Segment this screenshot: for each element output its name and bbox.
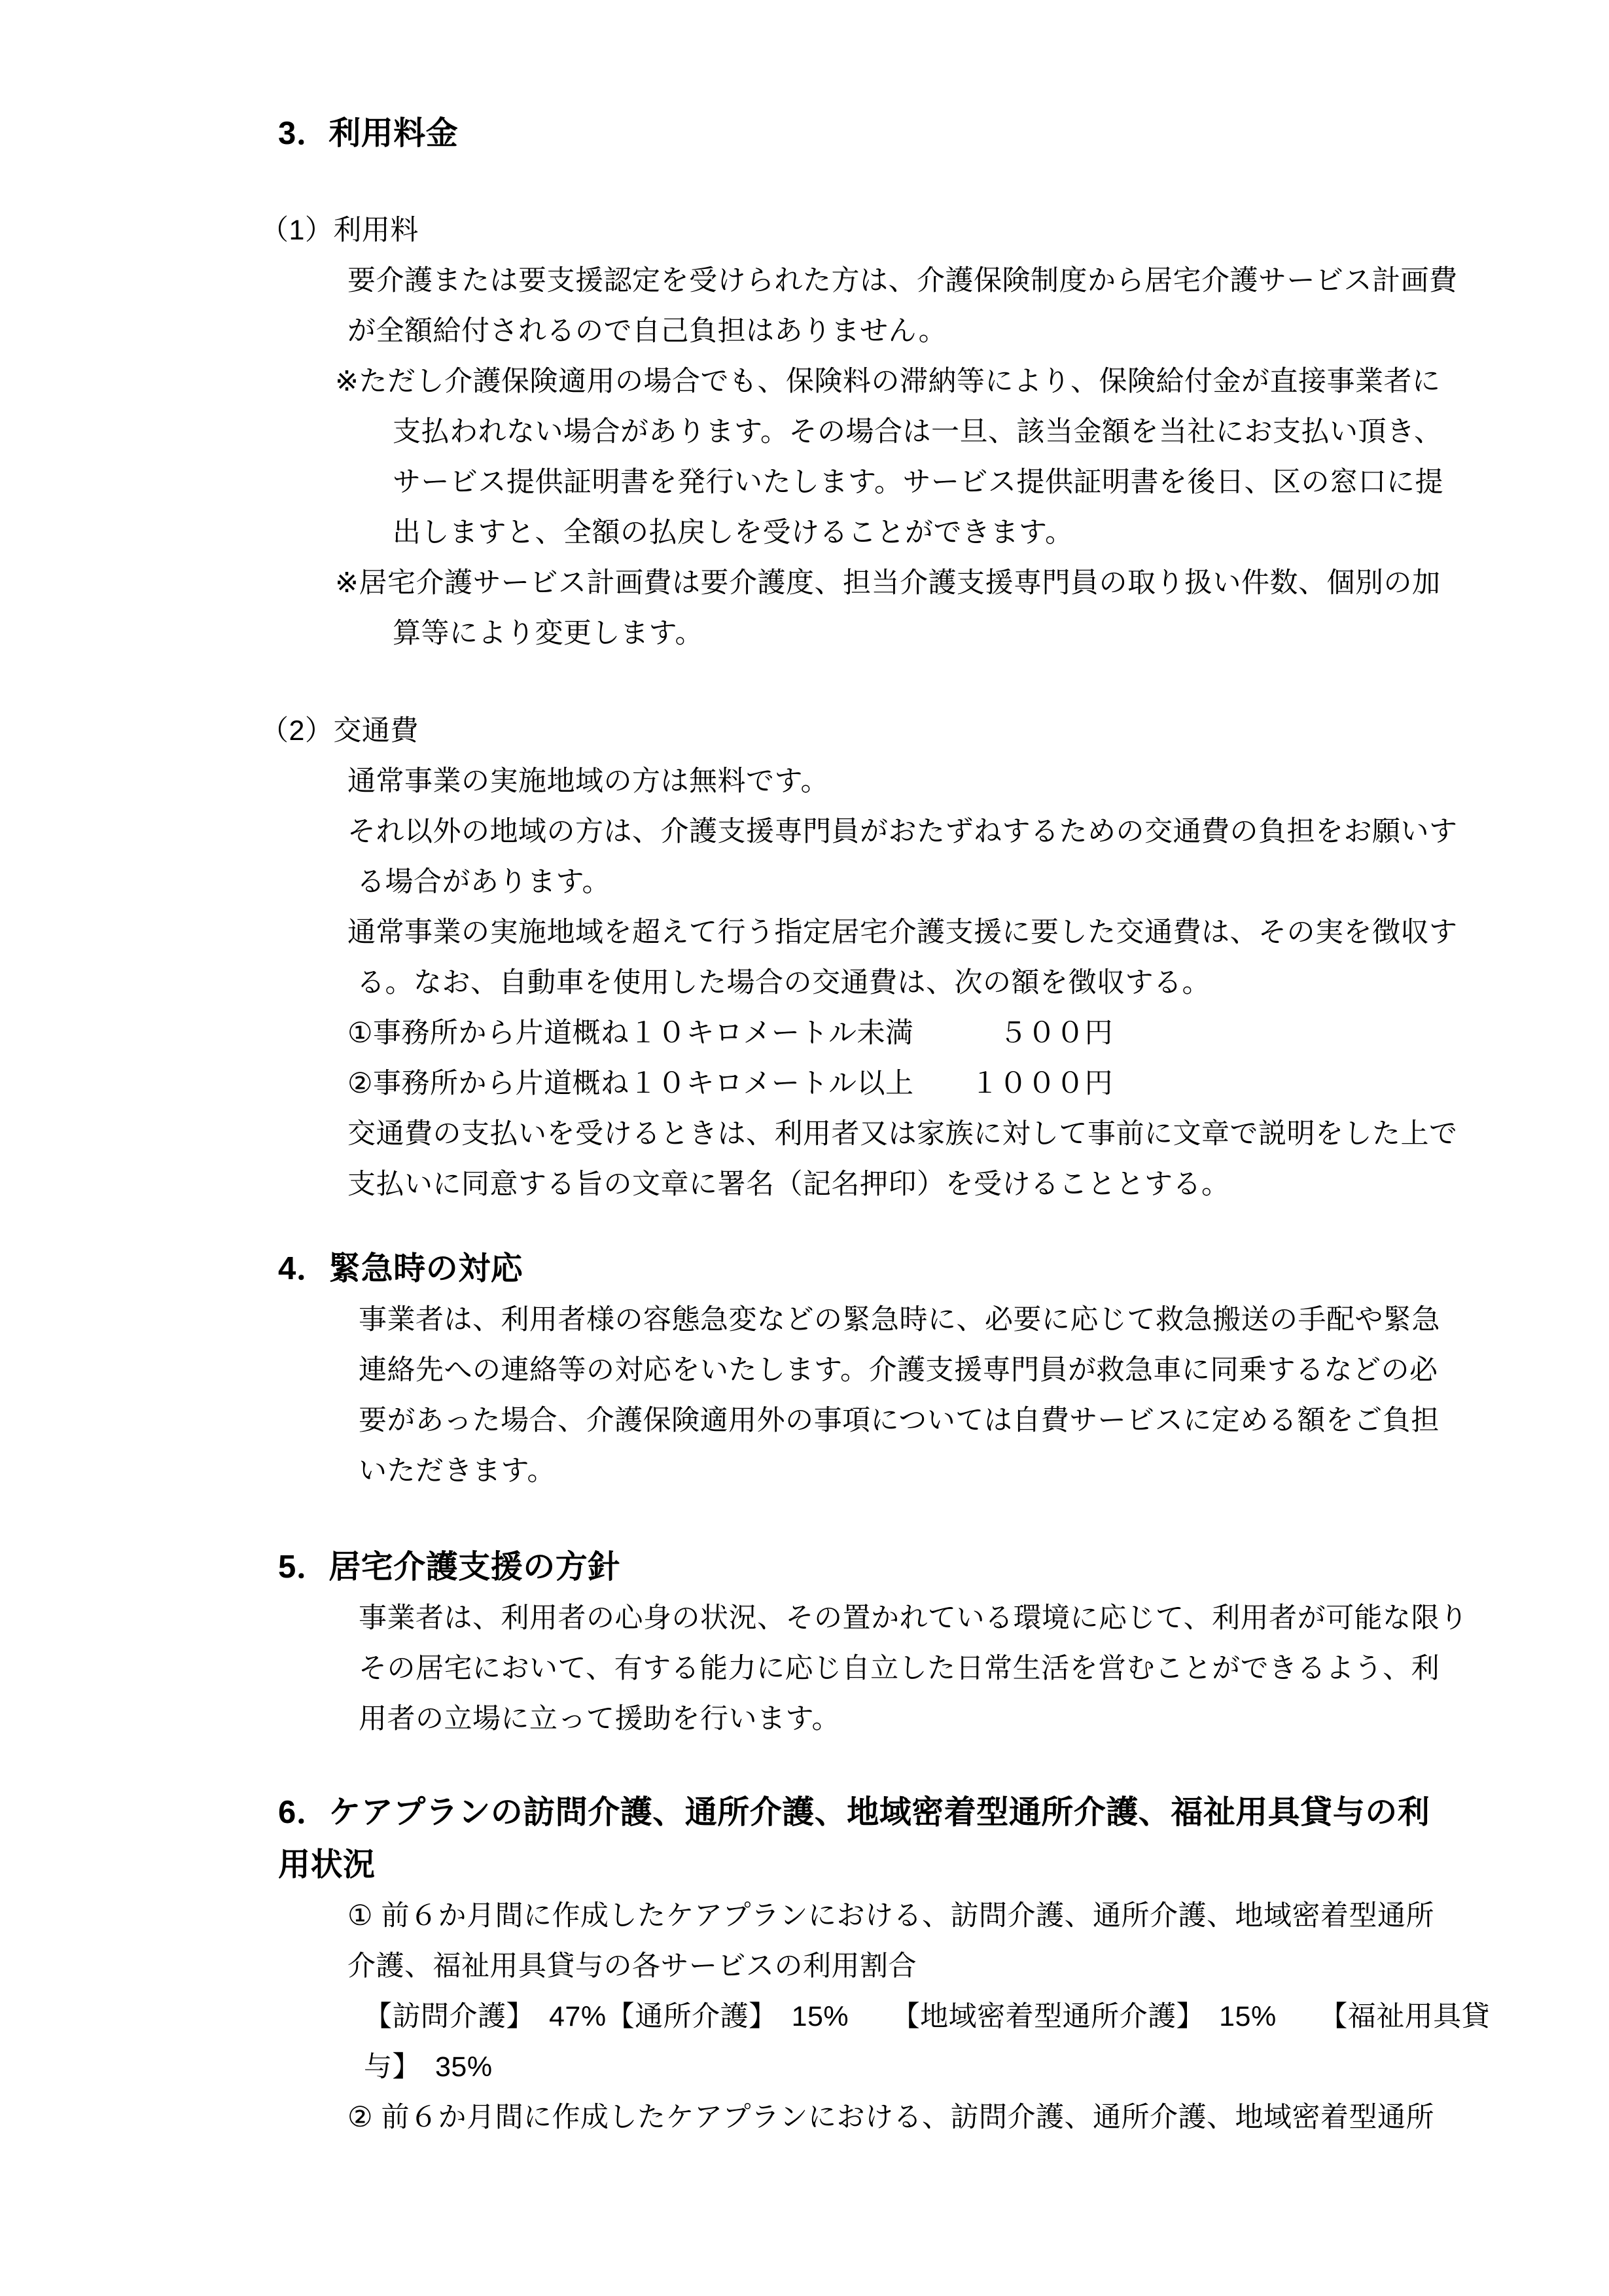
section-heading: 3．利用料金 [278,107,1609,160]
paragraph-line: 事業者は、利用者の心身の状況、その置かれている環境に応じて、利用者が可能な限り [359,1593,1609,1644]
paragraph-line: ②事務所から片道概ね１０キロメートル以上 １０００円 [347,1059,1609,1109]
section-heading: 5．居宅介護支援の方針 [278,1541,1609,1593]
subsection-heading: （2）交通費 [260,706,1609,756]
paragraph-line: 支払いに同意する旨の文章に署名（記名押印）を受けることとする。 [347,1159,1609,1210]
paragraph-line: 連絡先への連絡等の対応をいたします。介護支援専門員が救急車に同乗するなどの必 [359,1345,1609,1396]
paragraph-line: 交通費の支払いを受けるときは、利用者又は家族に対して事前に文章で説明をした上で [347,1109,1609,1159]
section-heading: 4．緊急時の対応 [278,1243,1609,1295]
paragraph-line: ② 前６か月間に作成したケアプランにおける、訪問介護、通所介護、地域密着型通所 [347,2093,1609,2143]
subsection-heading: （1）利用料 [260,205,1609,256]
paragraph-line: る場合があります。 [357,857,1609,908]
paragraph-line: 用者の立場に立って援助を行います。 [359,1694,1609,1744]
paragraph-line: その居宅において、有する能力に応じ自立した日常生活を営むことができるよう、利 [359,1644,1609,1694]
paragraph-line: 【訪問介護】 47%【通所介護】 15% 【地域密着型通所介護】 15% 【福祉… [364,1992,1609,2042]
section-heading: 用状況 [278,1839,1609,1891]
paragraph-line: ①事務所から片道概ね１０キロメートル未満 ５００円 [347,1008,1609,1059]
paragraph-line: 算等により変更します。 [393,609,1609,659]
paragraph-line: 事業者は、利用者様の容態急変などの緊急時に、必要に応じて救急搬送の手配や緊急 [359,1295,1609,1345]
paragraph-line: 要介護または要支援認定を受けられた方は、介護保険制度から居宅介護サービス計画費 [347,256,1609,306]
paragraph-line: ① 前６か月間に作成したケアプランにおける、訪問介護、通所介護、地域密着型通所 [347,1891,1609,1941]
paragraph-line: 通常事業の実施地域を超えて行う指定居宅介護支援に要した交通費は、その実を徴収す [347,908,1609,958]
section-heading: 6．ケアプランの訪問介護、通所介護、地域密着型通所介護、福祉用具貸与の利 [278,1786,1609,1839]
paragraph-line: る。なお、自動車を使用した場合の交通費は、次の額を徴収する。 [357,958,1609,1008]
paragraph-line: 支払われない場合があります。その場合は一旦、該当金額を当社にお支払い頂き、 [393,407,1609,457]
paragraph-line: サービス提供証明書を発行いたします。サービス提供証明書を後日、区の窓口に提 [393,457,1609,508]
paragraph-line: 通常事業の実施地域の方は無料です。 [347,756,1609,807]
document-page: 3．利用料金（1）利用料要介護または要支援認定を受けられた方は、介護保険制度から… [0,0,1609,2296]
paragraph-line: 出しますと、全額の払戻しを受けることができます。 [393,508,1609,558]
paragraph-line: が全額給付されるので自己負担はありません。 [347,306,1609,357]
paragraph-line: それ以外の地域の方は、介護支援専門員がおたずねするための交通費の負担をお願いす [347,807,1609,857]
paragraph-line: 与】 35% [364,2042,1609,2093]
paragraph-line: いただきます。 [359,1446,1609,1496]
paragraph-line: 要があった場合、介護保険適用外の事項については自費サービスに定める額をご負担 [359,1396,1609,1446]
paragraph-line: ※居宅介護サービス計画費は要介護度、担当介護支援専門員の取り扱い件数、個別の加 [335,558,1609,609]
paragraph-line: 介護、福祉用具貸与の各サービスの利用割合 [347,1941,1609,1992]
paragraph-line: ※ただし介護保険適用の場合でも、保険料の滞納等により、保険給付金が直接事業者に [335,357,1609,407]
